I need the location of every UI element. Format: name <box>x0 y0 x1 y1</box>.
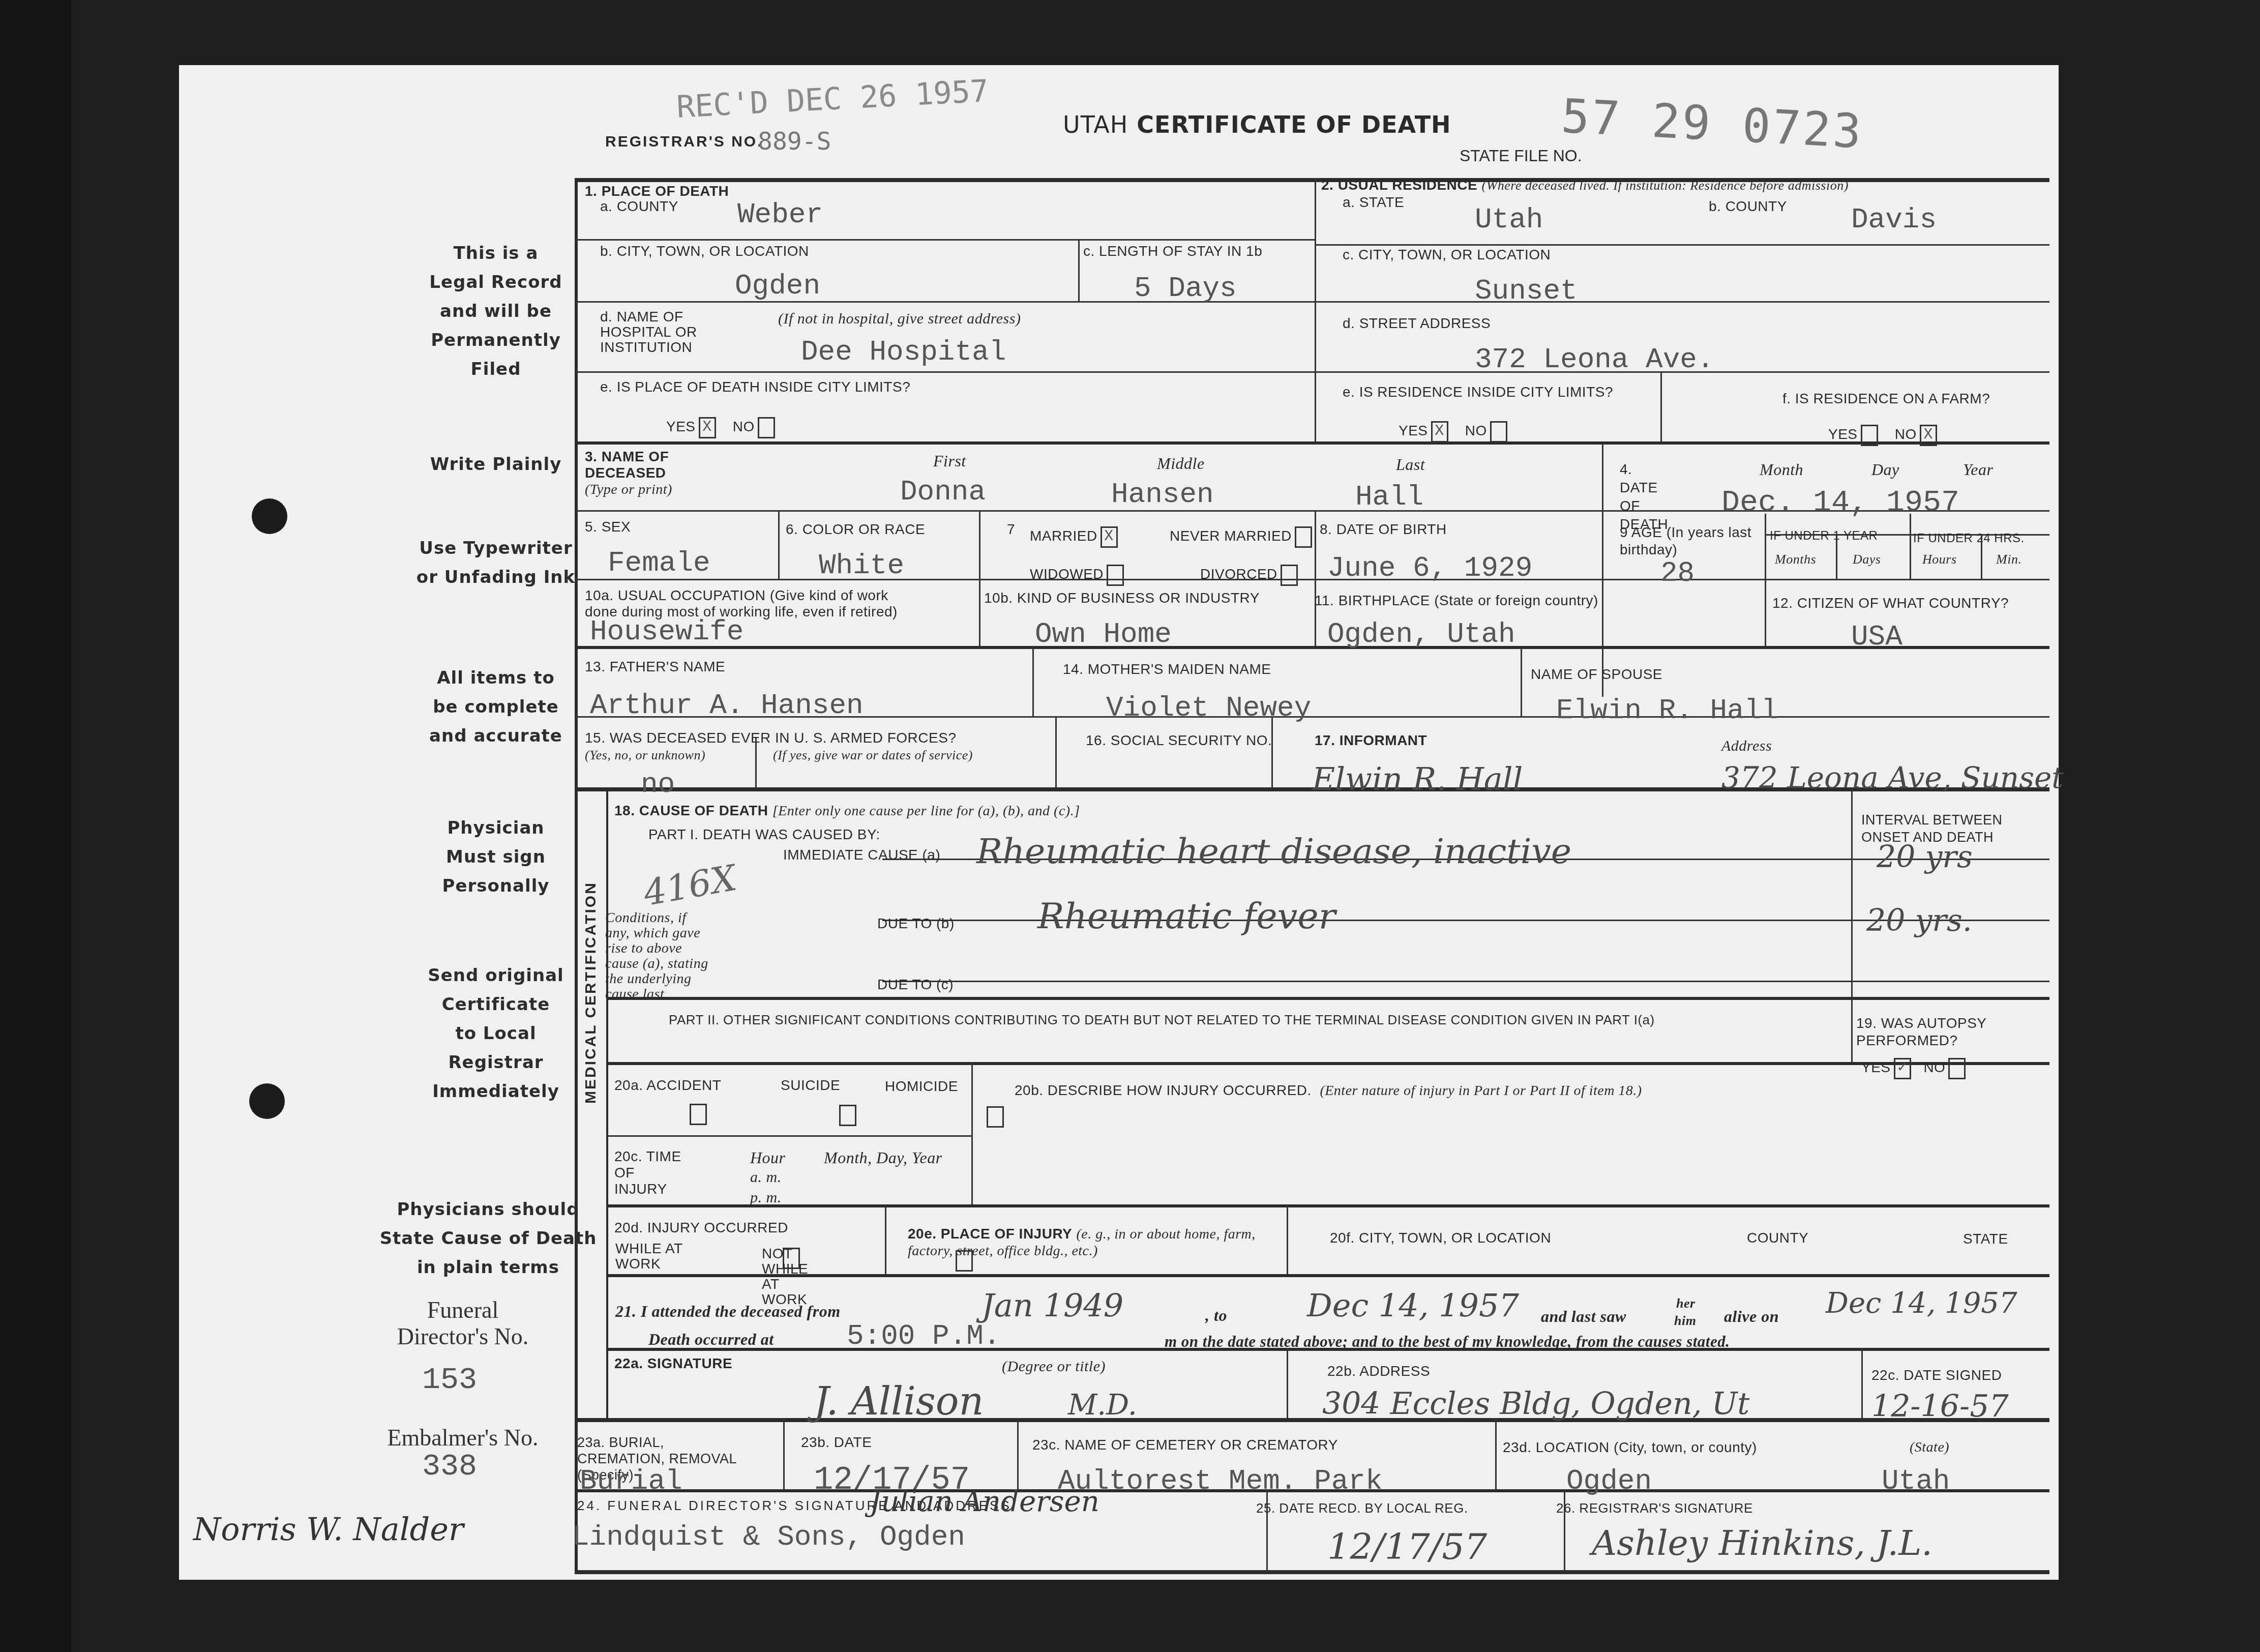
rule <box>1287 1348 1288 1419</box>
race-value[interactable]: White <box>819 549 904 582</box>
spouse-value[interactable]: Elwin R. Hall <box>1556 694 1778 727</box>
state-file-no-label: STATE FILE NO. <box>1460 146 1582 165</box>
pod-hospital-hint: (If not in hospital, give street address… <box>778 310 1021 328</box>
rule <box>885 1204 886 1276</box>
citizen-value[interactable]: USA <box>1851 621 1902 653</box>
res-farm-no-checkbox[interactable]: X <box>1920 425 1937 446</box>
pod-hospital-label: d. NAME OF HOSPITAL OR INSTITUTION <box>600 309 732 355</box>
injury-occurred-label: 20d. INJURY OCCURRED <box>614 1220 788 1236</box>
burial-location-value[interactable]: Ogden <box>1566 1465 1652 1497</box>
rule <box>575 371 2049 373</box>
res-city-label: c. CITY, TOWN, OR LOCATION <box>1343 247 1551 263</box>
physician-degree[interactable]: M.D. <box>1068 1389 1137 1422</box>
rule <box>606 997 2049 1000</box>
rule <box>971 1062 973 1204</box>
informant-address[interactable]: 372 Leona Ave, Sunset <box>1721 760 2064 795</box>
father-label: 13. FATHER'S NAME <box>585 659 725 675</box>
burial-location-label: 23d. LOCATION (City, town, or county) <box>1503 1439 1757 1456</box>
rule <box>1602 442 1603 697</box>
rule <box>1032 647 1034 716</box>
burial-date-label: 23b. DATE <box>801 1434 872 1451</box>
place-of-death-label: 1. PLACE OF DEATH <box>585 183 729 199</box>
no-label: NO <box>733 419 755 434</box>
ssn-label: 16. SOCIAL SECURITY NO. <box>1086 732 1272 749</box>
res-inside-limits-label: e. IS RESIDENCE INSIDE CITY LIMITS? <box>1343 384 1613 400</box>
suicide-checkbox[interactable] <box>839 1105 856 1126</box>
rule <box>1271 716 1273 788</box>
embalmer-signature: Norris W. Nalder <box>193 1511 464 1548</box>
degree-label: (Degree or title) <box>1002 1358 1106 1375</box>
mother-label: 14. MOTHER'S MAIDEN NAME <box>1063 661 1271 677</box>
title-state: UTAH <box>1063 111 1128 138</box>
res-state-value[interactable]: Utah <box>1475 203 1543 236</box>
death-time-suffix: m on the date stated above; and to the b… <box>1165 1333 1730 1351</box>
rule <box>575 1570 2049 1574</box>
signature-label: 22a. SIGNATURE <box>614 1355 732 1372</box>
injury-desc-title: 20b. DESCRIBE HOW INJURY OCCURRED. <box>1015 1082 1312 1098</box>
birthplace-label: 11. BIRTHPLACE (State or foreign country… <box>1315 593 1598 609</box>
burial-state-label: (State) <box>1910 1439 1949 1456</box>
age-value[interactable]: 28 <box>1660 557 1694 589</box>
divorced-checkbox[interactable] <box>1281 565 1298 586</box>
disposition-value[interactable]: Burial <box>580 1465 682 1497</box>
date-signed-label: 22c. DATE SIGNED <box>1871 1367 2002 1383</box>
citizen-label: 12. CITIZEN OF WHAT COUNTRY? <box>1772 595 2009 611</box>
cemetery-value[interactable]: Aultorest Mem. Park <box>1058 1465 1383 1497</box>
rule <box>1315 244 2049 246</box>
punch-hole-bottom <box>249 1083 285 1119</box>
res-street-value[interactable]: 372 Leona Ave. <box>1475 343 1714 376</box>
spouse-label: NAME OF SPOUSE <box>1531 666 1662 683</box>
informant-label: 17. INFORMANT <box>1315 732 1427 749</box>
registrar-signature[interactable]: Ashley Hinkins, J.L. <box>1592 1523 1932 1563</box>
res-county-label: b. COUNTY <box>1709 198 1787 215</box>
occupation-value[interactable]: Housewife <box>590 615 744 648</box>
embalmer-no: 338 <box>422 1450 477 1484</box>
month-label: Month <box>1760 460 1803 479</box>
rule <box>1315 178 1316 442</box>
usual-residence-label: 2. USUAL RESIDENCE (Where deceased lived… <box>1321 177 1849 193</box>
rule <box>575 646 2049 649</box>
yes-label: YES <box>1399 423 1428 438</box>
hours-label: Hours <box>1922 552 1957 567</box>
cause-of-death-hint: [Enter only one cause per line for (a), … <box>772 803 1080 819</box>
time-injury-label: 20c. TIME OF INJURY <box>614 1148 686 1197</box>
res-city-value[interactable]: Sunset <box>1475 275 1578 307</box>
immediate-cause-value[interactable]: Rheumatic heart disease, inactive <box>976 832 1571 872</box>
res-farm-label: f. IS RESIDENCE ON A FARM? <box>1782 391 1990 407</box>
interval-a-value[interactable]: 20 yrs <box>1877 839 1973 875</box>
hour-label: Hour <box>750 1148 786 1167</box>
res-inside-limits-yes-checkbox[interactable]: X <box>1431 421 1448 442</box>
burial-state-value[interactable]: Utah <box>1882 1465 1950 1497</box>
physician-signature[interactable]: J. Allison <box>814 1378 984 1424</box>
due-to-c-label: DUE TO (c) <box>877 977 954 993</box>
rule <box>778 510 780 579</box>
industry-value[interactable]: Own Home <box>1035 618 1172 651</box>
last-saw-alive-value[interactable]: Dec 14, 1957 <box>1826 1287 2017 1320</box>
year-label: Year <box>1963 460 1994 479</box>
attended-to-value[interactable]: Dec 14, 1957 <box>1307 1287 1519 1324</box>
yes-label: YES <box>1861 1059 1891 1075</box>
race-label: 6. COLOR OR RACE <box>786 521 925 538</box>
res-inside-limits-no-checkbox[interactable] <box>1490 421 1507 442</box>
rule <box>575 579 2049 580</box>
form-title: UTAH CERTIFICATE OF DEATH <box>1063 111 1451 138</box>
autopsy-yes-checkbox[interactable]: ✓ <box>1894 1058 1911 1079</box>
sex-label: 5. SEX <box>585 519 631 535</box>
conditions-hint: Conditions, if any, which gave rise to a… <box>605 910 712 1002</box>
date-recd-value[interactable]: 12/17/57 <box>1327 1526 1487 1568</box>
date-of-death-label: 4. DATE OF DEATH <box>1620 460 1660 534</box>
alive-on-label: alive on <box>1724 1307 1779 1326</box>
cause-of-death-label: 18. CAUSE OF DEATH [Enter only one cause… <box>614 803 1080 819</box>
father-value[interactable]: Arthur A. Hansen <box>590 689 864 722</box>
no-label: NO <box>1923 1059 1945 1075</box>
part1-label: PART I. DEATH WAS CAUSED BY: <box>648 827 880 843</box>
deceased-middle-name[interactable]: Hansen <box>1111 478 1214 511</box>
deceased-name-label: 3. NAME OF DECEASED(Type or print) <box>585 449 707 498</box>
autopsy-options: YES✓ NO <box>1861 1058 1966 1079</box>
marital-label: 7 <box>1007 521 1015 538</box>
attended-label: 21. I attended the deceased from <box>615 1302 841 1321</box>
title-rest: CERTIFICATE OF DEATH <box>1137 111 1451 138</box>
to-label: , to <box>1205 1306 1227 1325</box>
rule <box>1521 647 1522 716</box>
funeral-director-signature[interactable]: Julian Andersen <box>870 1485 1099 1518</box>
rule <box>606 1062 2049 1065</box>
her-label: her <box>1676 1296 1696 1311</box>
months-label: Months <box>1775 552 1816 567</box>
no-label: NO <box>1465 423 1487 438</box>
death-occurred-label: Death occurred at <box>648 1330 774 1349</box>
pm-label: p. m. <box>750 1189 782 1206</box>
homicide-label: HOMICIDE <box>885 1078 958 1095</box>
widowed-option: WIDOWED <box>1030 565 1124 586</box>
rule <box>1861 1348 1863 1419</box>
rule <box>1910 514 1911 580</box>
date-of-death-value[interactable]: Dec. 14, 1957 <box>1721 486 1959 520</box>
date-signed-value[interactable]: 12-16-57 <box>1871 1389 2009 1424</box>
last-saw-label: and last saw <box>1541 1307 1626 1326</box>
medical-certification-label: MEDICAL CERTIFICATION <box>582 881 600 1104</box>
middle-name-label: Middle <box>1157 454 1205 473</box>
attended-from-value[interactable]: Jan 1949 <box>982 1287 1123 1324</box>
rule <box>575 178 578 1574</box>
last-name-label: Last <box>1396 455 1425 474</box>
part2-label: PART II. OTHER SIGNIFICANT CONDITIONS CO… <box>669 1012 1655 1028</box>
injury-city-label: 20f. CITY, TOWN, OR LOCATION <box>1330 1230 1551 1246</box>
rule <box>1495 1419 1497 1490</box>
rule <box>1851 788 1853 1063</box>
autopsy-label: 19. WAS AUTOPSY PERFORMED? <box>1856 1015 2029 1049</box>
under-1-year-label: IF UNDER 1 YEAR <box>1770 529 1878 543</box>
married-label: MARRIED <box>1030 528 1097 544</box>
res-farm-yes-checkbox[interactable] <box>1861 425 1878 446</box>
rule <box>1078 239 1080 301</box>
armed-forces-hint-service: (If yes, give war or dates of service) <box>773 748 973 763</box>
pod-stay-value[interactable]: 5 Days <box>1134 272 1237 305</box>
registrars-no: 889-S <box>758 127 831 156</box>
date-recd-label: 25. DATE RECD. BY LOCAL REG. <box>1256 1500 1468 1516</box>
never-married-option: NEVER MARRIED <box>1170 526 1312 548</box>
days-label: Days <box>1853 552 1881 567</box>
industry-label: 10b. KIND OF BUSINESS OR INDUSTRY <box>984 590 1260 606</box>
res-inside-limits-options: YESX NO <box>1399 421 1507 442</box>
accident-label: 20a. ACCIDENT <box>614 1077 721 1094</box>
widowed-checkbox[interactable] <box>1107 565 1124 586</box>
min-label: Min. <box>1996 552 2021 567</box>
first-name-label: First <box>933 452 966 470</box>
informant-address-label: Address <box>1721 737 1772 755</box>
scanner-edge-strip <box>0 0 71 1652</box>
armed-forces-value[interactable]: no <box>641 768 675 801</box>
am-label: a. m. <box>750 1169 782 1186</box>
pod-inside-limits-yes-checkbox[interactable]: X <box>699 417 716 438</box>
place-injury-label: 20e. PLACE OF INJURY (e. g., in or about… <box>908 1226 1294 1259</box>
autopsy-no-checkbox[interactable] <box>1948 1058 1966 1079</box>
pod-stay-label: c. LENGTH OF STAY IN 1b <box>1083 243 1262 259</box>
injury-desc-label: 20b. DESCRIBE HOW INJURY OCCURRED. (Ente… <box>1015 1082 1642 1099</box>
never-married-label: NEVER MARRIED <box>1170 528 1292 544</box>
not-while-at-work-label: NOT WHILE AT WORK <box>762 1246 823 1307</box>
rule <box>575 239 1315 241</box>
registrar-sig-label: 26. REGISTRAR'S SIGNATURE <box>1556 1500 1753 1516</box>
while-at-work-label: WHILE AT WORK <box>615 1241 687 1272</box>
never-married-checkbox[interactable] <box>1295 526 1312 548</box>
mother-value[interactable]: Violet Newey <box>1106 692 1311 724</box>
dob-value[interactable]: June 6, 1929 <box>1327 552 1532 584</box>
deceased-name-hint: (Type or print) <box>585 482 672 497</box>
due-to-b-label: DUE TO (b) <box>877 916 955 932</box>
widowed-label: WIDOWED <box>1030 566 1104 582</box>
res-street-label: d. STREET ADDRESS <box>1343 315 1491 332</box>
pod-inside-limits-options: YESX NO <box>666 417 775 438</box>
month-day-year-label: Month, Day, Year <box>824 1148 942 1167</box>
deceased-last-name[interactable]: Hall <box>1355 481 1423 513</box>
pod-city-label: b. CITY, TOWN, OR LOCATION <box>600 243 809 259</box>
injury-desc-hint: (Enter nature of injury in Part I or Par… <box>1320 1083 1642 1099</box>
physician-address-label: 22b. ADDRESS <box>1327 1363 1430 1379</box>
rule <box>606 788 608 1419</box>
pod-county-label: a. COUNTY <box>600 198 678 215</box>
suicide-label: SUICIDE <box>781 1077 840 1094</box>
birthplace-value[interactable]: Ogden, Utah <box>1327 618 1515 651</box>
usual-residence-hint: (Where deceased lived. If institution: R… <box>1482 178 1849 193</box>
pod-inside-limits-label: e. IS PLACE OF DEATH INSIDE CITY LIMITS? <box>600 379 910 395</box>
immediate-cause-label: IMMEDIATE CAUSE (a) <box>783 847 940 863</box>
funeral-director-no: 153 <box>422 1363 477 1398</box>
res-state-label: a. STATE <box>1343 194 1404 211</box>
res-farm-options: YES NOX <box>1828 425 1937 446</box>
informant-signature[interactable]: Elwin R. Hall <box>1312 760 1523 798</box>
yes-label: YES <box>1828 426 1858 442</box>
sex-value[interactable]: Female <box>608 547 710 579</box>
married-option: MARRIEDX <box>1030 526 1118 548</box>
no-label: NO <box>1895 426 1917 442</box>
rule <box>1017 1419 1019 1490</box>
pod-city-value[interactable]: Ogden <box>735 270 820 302</box>
accident-checkbox[interactable] <box>690 1104 707 1125</box>
registrars-no-label: REGISTRAR'S NO. <box>605 133 763 151</box>
cemetery-label: 23c. NAME OF CEMETERY OR CREMATORY <box>1032 1437 1338 1453</box>
yes-label: YES <box>666 419 696 434</box>
day-label: Day <box>1871 460 1899 479</box>
rule <box>575 1418 2049 1422</box>
deceased-first-name[interactable]: Donna <box>900 476 986 508</box>
homicide-checkbox[interactable] <box>987 1106 1004 1128</box>
pod-inside-limits-no-checkbox[interactable] <box>758 417 775 438</box>
due-to-b-value[interactable]: Rheumatic fever <box>1037 895 1335 937</box>
rule <box>882 981 2049 982</box>
funeral-director-value[interactable]: Lindquist & Sons, Ogden <box>572 1521 965 1553</box>
injury-county-label: COUNTY <box>1747 1230 1808 1246</box>
age-label: 9 AGE (In years last birthday) <box>1620 524 1762 558</box>
pod-hospital-value[interactable]: Dee Hospital <box>801 336 1006 368</box>
rule <box>1055 716 1057 788</box>
punch-hole-top <box>252 498 287 534</box>
rule <box>606 1135 972 1137</box>
rule <box>1660 371 1662 442</box>
divorced-label: DIVORCED <box>1200 566 1277 582</box>
divorced-option: DIVORCED <box>1200 565 1298 586</box>
married-checkbox[interactable]: X <box>1101 526 1118 548</box>
dob-label: 8. DATE OF BIRTH <box>1320 521 1447 538</box>
pod-county-value[interactable]: Weber <box>737 198 823 231</box>
death-time-value[interactable]: 5:00 P.M. <box>847 1320 1000 1352</box>
interval-b-value[interactable]: 20 yrs. <box>1866 903 1972 938</box>
rule <box>783 1419 785 1490</box>
injury-state-label: STATE <box>1963 1231 2008 1247</box>
armed-forces-hint-yes-no: (Yes, no, or unknown) <box>585 748 705 763</box>
res-county-value[interactable]: Davis <box>1851 203 1937 236</box>
him-label: him <box>1674 1313 1696 1329</box>
physician-address-value[interactable]: 304 Eccles Bldg, Ogden, Ut <box>1322 1386 1749 1422</box>
armed-forces-label: 15. WAS DECEASED EVER IN U. S. ARMED FOR… <box>585 730 956 746</box>
under-24-hrs-label: IF UNDER 24 HRS. <box>1913 532 2025 546</box>
rule <box>606 1204 2049 1207</box>
